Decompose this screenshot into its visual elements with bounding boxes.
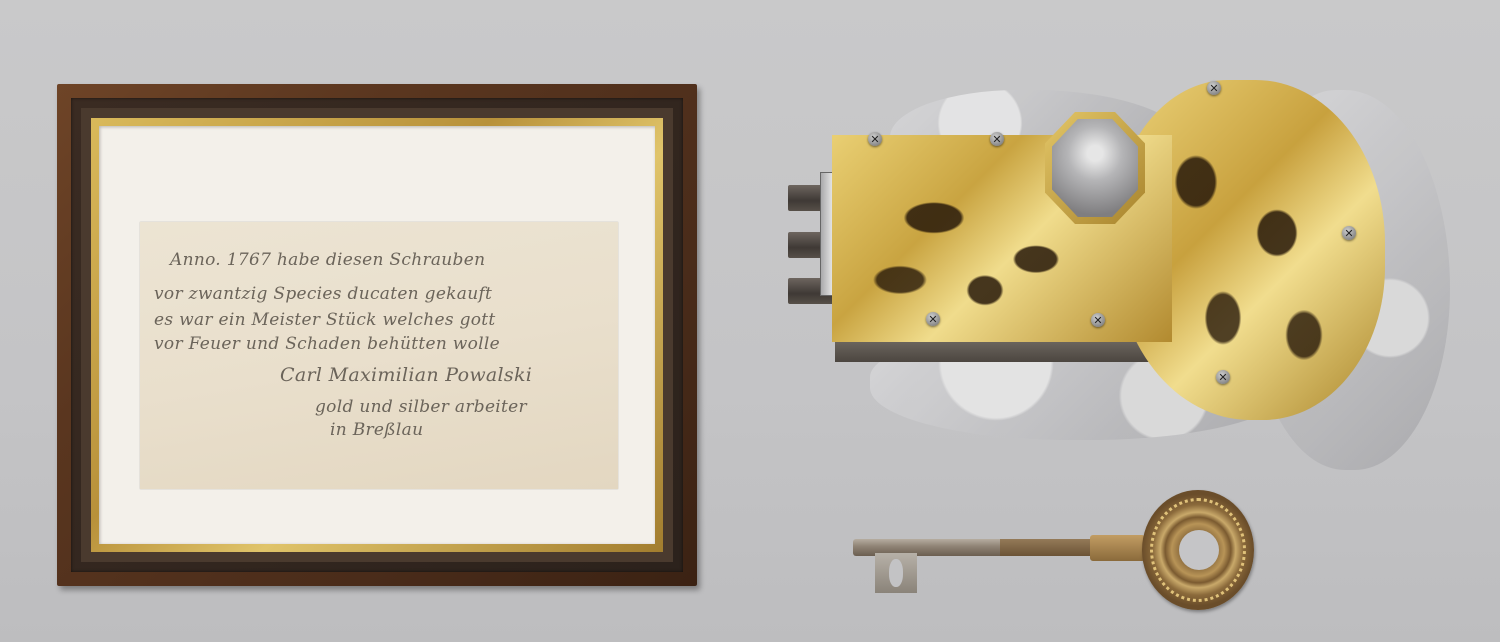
picture-frame: Anno. 1767 habe diesen Schrauben vor zwa… [57,84,697,586]
screw-icon: ✕ [926,312,940,326]
document-line-2: vor zwantzig Species ducaten gekauft [154,284,492,304]
key-bit [875,553,917,593]
document-line-7: in Breßlau [330,420,423,440]
document-line-4: vor Feuer und Schaden behütten wolle [154,334,500,354]
window-glass [1052,119,1138,217]
key-bow [1142,490,1254,610]
antique-key [850,486,1255,612]
octagonal-window [1045,112,1145,224]
screw-icon: ✕ [868,132,882,146]
document-line-3: es war ein Meister Stück welches gott [154,310,496,330]
lock-case-side [835,340,1165,362]
photo-scene: Anno. 1767 habe diesen Schrauben vor zwa… [0,0,1500,642]
key-bow-hole [1179,530,1219,570]
handwritten-document: Anno. 1767 habe diesen Schrauben vor zwa… [140,222,618,489]
ornate-lock: ✕ ✕ ✕ ✕ ✕ ✕ ✕ [780,50,1460,470]
screw-icon: ✕ [1207,81,1221,95]
document-line-1: Anno. 1767 habe diesen Schrauben [170,250,485,270]
screw-icon: ✕ [1216,370,1230,384]
document-line-6: gold und silber arbeiter [315,397,527,417]
screw-icon: ✕ [990,132,1004,146]
document-signature: Carl Maximilian Powalski [280,364,532,386]
screw-icon: ✕ [1342,226,1356,240]
key-collar [1090,535,1145,561]
key-bit-ward [889,559,903,587]
screw-icon: ✕ [1091,313,1105,327]
